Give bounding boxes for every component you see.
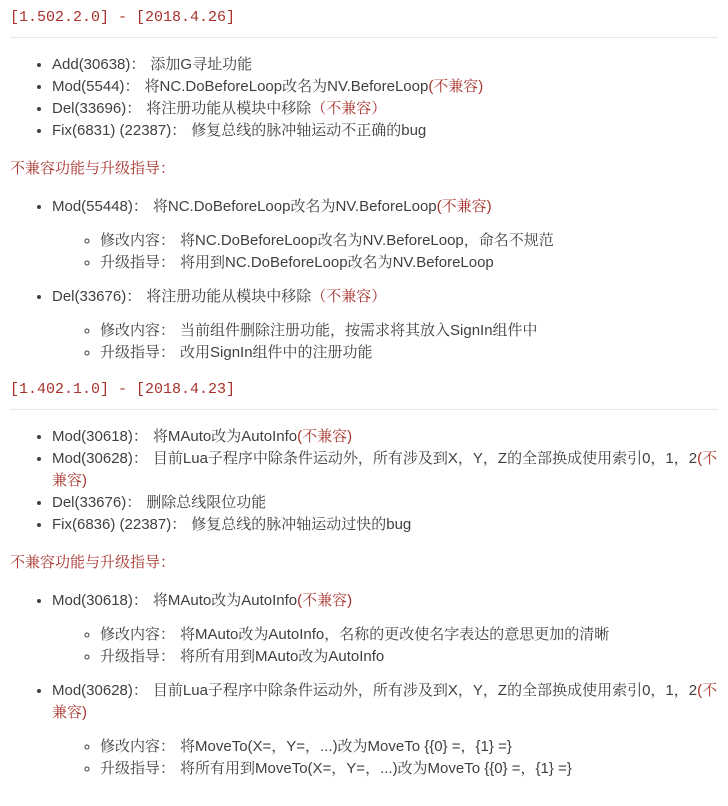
- change-text: 将注册功能从模块中移除: [146, 288, 311, 305]
- change-item: Mod(30628)：目前Lua子程序中除条件运动外，所有涉及到X，Y，Z的全部…: [52, 448, 718, 492]
- change-item: Mod(30618)：将MAuto改为AutoInfo(不兼容): [52, 426, 718, 448]
- detail-text: 将用到NC.DoBeforeLoop改名为NV.BeforeLoop: [180, 254, 494, 271]
- detail-text: 将所有用到MAuto改为AutoInfo: [180, 648, 384, 665]
- incompat-tag: (不兼容): [437, 198, 492, 215]
- change-text: 修复总线的脉冲轴运动过快的bug: [191, 516, 411, 533]
- change-text: 将注册功能从模块中移除: [146, 100, 311, 117]
- detail-item: 修改内容：将MoveTo(X=，Y=，...)改为MoveTo {{0} =，{…: [100, 736, 718, 758]
- detail-label: 升级指导：: [100, 344, 175, 361]
- change-label: Mod(30618)：: [52, 592, 148, 609]
- change-label: Del(33676)：: [52, 288, 141, 305]
- change-item: Del(33696)：将注册功能从模块中移除（不兼容）: [52, 98, 718, 120]
- change-label: Mod(30628)：: [52, 682, 148, 699]
- detail-item: 升级指导：改用SignIn组件中的注册功能: [100, 342, 718, 364]
- change-text: 删除总线限位功能: [146, 494, 266, 511]
- change-text: 将MAuto改为AutoInfo: [153, 592, 297, 609]
- version-header: [1.502.2.0] - [2018.4.26]: [10, 8, 718, 28]
- divider: [10, 409, 718, 410]
- detail-list: 修改内容：将NC.DoBeforeLoop改名为NV.BeforeLoop，命名…: [52, 230, 718, 274]
- change-text: 将NC.DoBeforeLoop改名为NV.BeforeLoop: [145, 78, 429, 95]
- detail-item: 升级指导：将所有用到MAuto改为AutoInfo: [100, 646, 718, 668]
- change-item: Fix(6836) (22387)：修复总线的脉冲轴运动过快的bug: [52, 514, 718, 536]
- change-list: Mod(30618)：将MAuto改为AutoInfo(不兼容) Mod(306…: [10, 426, 718, 536]
- incompat-tag: (不兼容): [297, 592, 352, 609]
- change-label: Add(30638)：: [52, 56, 145, 73]
- detail-label: 修改内容：: [100, 232, 175, 249]
- change-label: Mod(5544)：: [52, 78, 140, 95]
- change-text: 修复总线的脉冲轴运动不正确的bug: [191, 122, 426, 139]
- incompat-tag: （不兼容）: [311, 100, 386, 117]
- detail-label: 升级指导：: [100, 254, 175, 271]
- detail-item: 升级指导：将用到NC.DoBeforeLoop改名为NV.BeforeLoop: [100, 252, 718, 274]
- detail-label: 修改内容：: [100, 322, 175, 339]
- detail-text: 将NC.DoBeforeLoop改名为NV.BeforeLoop，命名不规范: [180, 232, 554, 249]
- incompat-tag: (不兼容): [297, 428, 352, 445]
- detail-text: 改用SignIn组件中的注册功能: [180, 344, 373, 361]
- upgrade-item: Mod(55448)：将NC.DoBeforeLoop改名为NV.BeforeL…: [52, 196, 718, 274]
- detail-list: 修改内容：将MoveTo(X=，Y=，...)改为MoveTo {{0} =，{…: [52, 736, 718, 780]
- change-text: 将NC.DoBeforeLoop改名为NV.BeforeLoop: [153, 198, 437, 215]
- change-label: Del(33696)：: [52, 100, 141, 117]
- change-item: Mod(5544)：将NC.DoBeforeLoop改名为NV.BeforeLo…: [52, 76, 718, 98]
- detail-text: 将MAuto改为AutoInfo，名称的更改使名字表达的意思更加的清晰: [180, 626, 609, 643]
- change-text: 添加G寻址功能: [150, 56, 252, 73]
- detail-text: 当前组件删除注册功能，按需求将其放入SignIn组件中: [180, 322, 538, 339]
- incompat-heading: 不兼容功能与升级指导：: [10, 552, 718, 574]
- upgrade-item: Mod(30618)：将MAuto改为AutoInfo(不兼容) 修改内容：将M…: [52, 590, 718, 668]
- change-item: Del(33676)：删除总线限位功能: [52, 492, 718, 514]
- upgrade-item: Mod(30628)：目前Lua子程序中除条件运动外，所有涉及到X，Y，Z的全部…: [52, 680, 718, 780]
- change-label: Fix(6831) (22387)：: [52, 122, 186, 139]
- version-header: [1.402.1.0] - [2018.4.23]: [10, 380, 718, 400]
- upgrade-list: Mod(30618)：将MAuto改为AutoInfo(不兼容) 修改内容：将M…: [10, 590, 718, 780]
- divider: [10, 37, 718, 38]
- detail-item: 修改内容：当前组件删除注册功能，按需求将其放入SignIn组件中: [100, 320, 718, 342]
- detail-label: 升级指导：: [100, 760, 175, 777]
- change-item: Fix(6831) (22387)：修复总线的脉冲轴运动不正确的bug: [52, 120, 718, 142]
- detail-list: 修改内容：当前组件删除注册功能，按需求将其放入SignIn组件中 升级指导：改用…: [52, 320, 718, 364]
- change-text: 将MAuto改为AutoInfo: [153, 428, 297, 445]
- detail-label: 升级指导：: [100, 648, 175, 665]
- detail-label: 修改内容：: [100, 738, 175, 755]
- upgrade-list: Mod(55448)：将NC.DoBeforeLoop改名为NV.BeforeL…: [10, 196, 718, 364]
- change-text: 目前Lua子程序中除条件运动外，所有涉及到X，Y，Z的全部换成使用索引0，1，2: [153, 682, 697, 699]
- version-section: [1.502.2.0] - [2018.4.26] Add(30638)：添加G…: [10, 8, 718, 364]
- change-label: Mod(30628)：: [52, 450, 148, 467]
- change-label: Del(33676)：: [52, 494, 141, 511]
- detail-item: 修改内容：将MAuto改为AutoInfo，名称的更改使名字表达的意思更加的清晰: [100, 624, 718, 646]
- detail-item: 升级指导：将所有用到MoveTo(X=，Y=，...)改为MoveTo {{0}…: [100, 758, 718, 780]
- detail-text: 将MoveTo(X=，Y=，...)改为MoveTo {{0} =，{1} =}: [180, 738, 512, 755]
- upgrade-item: Del(33676)：将注册功能从模块中移除（不兼容） 修改内容：当前组件删除注…: [52, 286, 718, 364]
- detail-text: 将所有用到MoveTo(X=，Y=，...)改为MoveTo {{0} =，{1…: [180, 760, 572, 777]
- change-label: Mod(30618)：: [52, 428, 148, 445]
- change-item: Add(30638)：添加G寻址功能: [52, 54, 718, 76]
- detail-label: 修改内容：: [100, 626, 175, 643]
- detail-list: 修改内容：将MAuto改为AutoInfo，名称的更改使名字表达的意思更加的清晰…: [52, 624, 718, 668]
- incompat-tag: （不兼容）: [311, 288, 386, 305]
- change-label: Fix(6836) (22387)：: [52, 516, 186, 533]
- change-list: Add(30638)：添加G寻址功能 Mod(5544)：将NC.DoBefor…: [10, 54, 718, 142]
- version-section: [1.402.1.0] - [2018.4.23] Mod(30618)：将MA…: [10, 380, 718, 780]
- change-text: 目前Lua子程序中除条件运动外，所有涉及到X，Y，Z的全部换成使用索引0，1，2: [153, 450, 697, 467]
- change-label: Mod(55448)：: [52, 198, 148, 215]
- incompat-heading: 不兼容功能与升级指导：: [10, 158, 718, 180]
- detail-item: 修改内容：将NC.DoBeforeLoop改名为NV.BeforeLoop，命名…: [100, 230, 718, 252]
- incompat-tag: (不兼容): [428, 78, 483, 95]
